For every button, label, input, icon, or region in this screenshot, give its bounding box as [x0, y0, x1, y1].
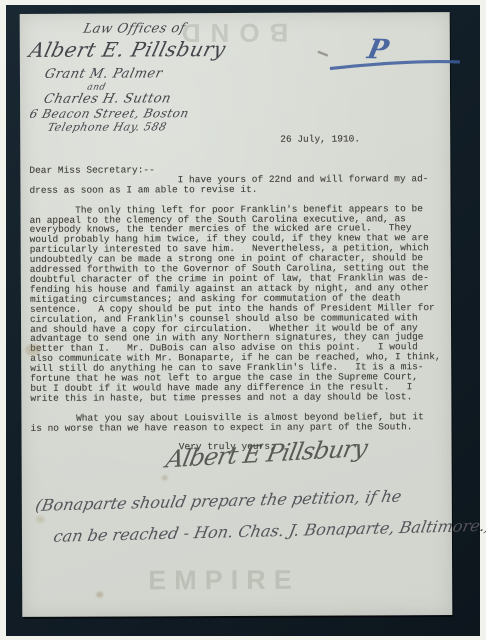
letterhead-name: Albert E. Pillsbury	[27, 37, 229, 62]
postscript-line-1: (Bonaparte should prepare the petition, …	[34, 487, 403, 515]
paper-stain	[96, 592, 103, 598]
scanned-letter-page: { "letterhead": { "office_line": "Law Of…	[0, 0, 486, 640]
paper-stain	[25, 344, 41, 356]
letterhead-office-line: Law Offices of	[82, 21, 187, 36]
letterhead-address: 6 Beacon Street, Boston	[28, 106, 190, 121]
date-line: 26 July, 1910.	[280, 134, 360, 144]
paper-stain	[36, 516, 45, 523]
blue-underline-mark	[316, 32, 466, 79]
letter-body: Dear Miss Secretary:-- I have yours of 2…	[29, 164, 441, 453]
letter-paper: BOND Law Offices of Albert E. Pillsbury …	[20, 12, 453, 617]
postscript-line-2: can be reached - Hon. Chas. J. Bonaparte…	[52, 516, 486, 546]
letterhead-partner-1: Grant M. Palmer	[43, 66, 164, 82]
paper-stain	[162, 475, 168, 480]
watermark-empire: EMPIRE	[148, 565, 300, 597]
letterhead-phone: Telephone Hay. 588	[46, 120, 168, 134]
letterhead-partner-2: Charles H. Sutton	[42, 91, 173, 107]
